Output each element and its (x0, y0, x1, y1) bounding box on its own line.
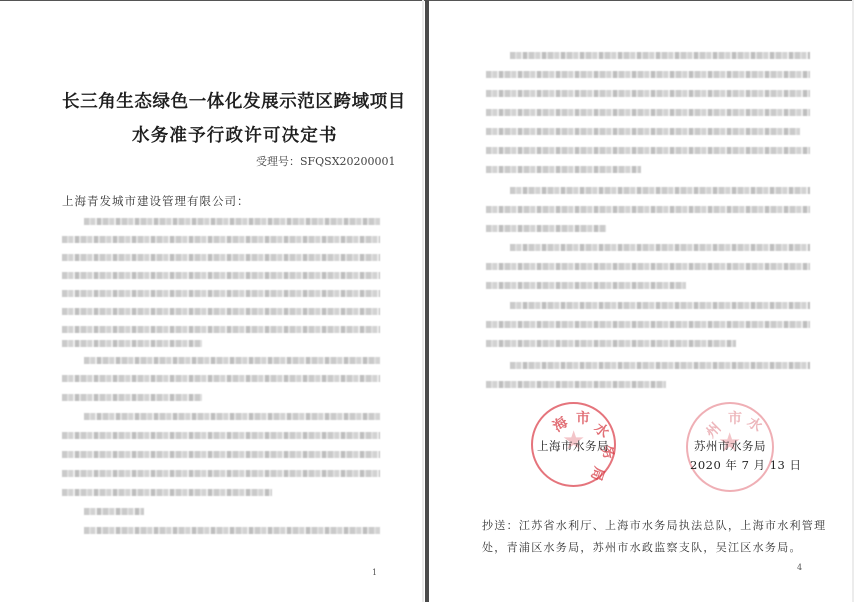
page-number-4: 4 (797, 563, 802, 572)
document-page-1: 长三角生态绿色一体化发展示范区跨域项目 水务准予行政许可决定书 受理号：SFQS… (0, 1, 425, 602)
issue-date: 2020 年 7 月 13 日 (690, 457, 802, 473)
document-title-line1: 长三角生态绿色一体化发展示范区跨域项目 (62, 88, 392, 113)
cc-list-line2: 处，青浦区水务局，苏州市水政监察支队，吴江区水务局。 (482, 539, 802, 555)
issuer-suzhou: 苏州市水务局 (694, 438, 766, 454)
page-number: 1 (372, 568, 377, 577)
document-title-line2: 水务准予行政许可决定书 (132, 122, 338, 147)
cc-list-line1: 抄送：江苏省水利厅、上海市水务局执法总队，上海市水利管理 (482, 517, 826, 533)
addressee: 上海青发城市建设管理有限公司： (62, 193, 250, 209)
page-gutter-shadow (422, 0, 424, 602)
receipt-number: 受理号：SFQSX20200001 (256, 153, 396, 169)
issuer-shanghai: 上海市水务局 (537, 438, 609, 454)
